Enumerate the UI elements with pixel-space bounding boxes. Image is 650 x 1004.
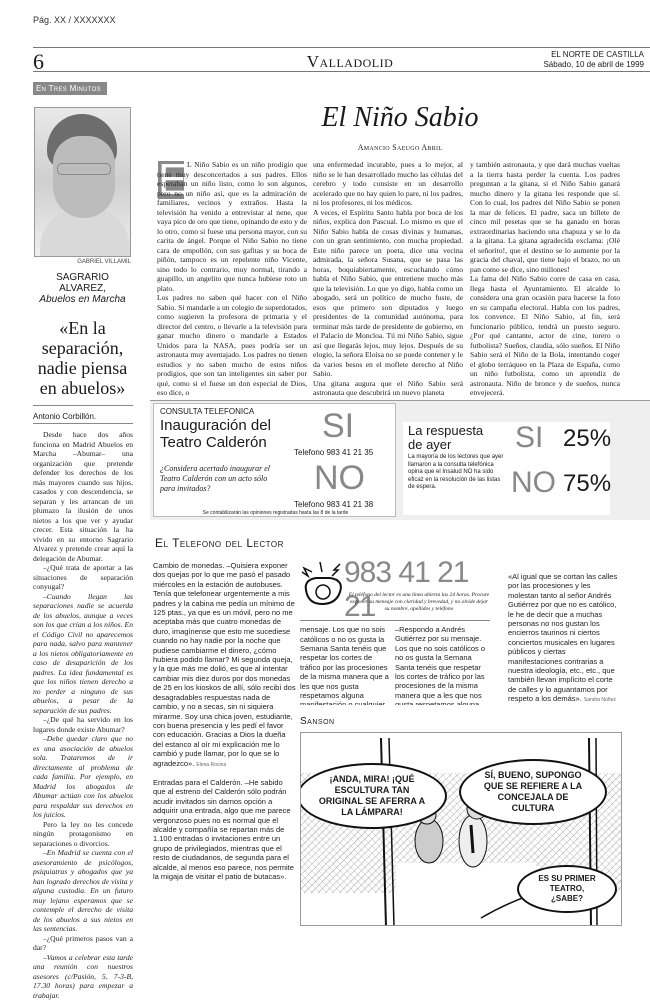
telephone-icon: [300, 560, 348, 610]
lector-column-4: «Al igual que se cortan las calles por l…: [508, 572, 620, 712]
article-column-3: y también astronauta, y que dará muchas …: [470, 160, 620, 400]
yesterday-text: La mayoría de los lectores que ayer llam…: [408, 454, 504, 492]
lector-column-2: Respeto a la Semana Santa. –Respondo a A…: [300, 625, 390, 705]
interview-answer: –Debe quedar claro que no es una asociac…: [33, 734, 133, 820]
letter-text: –Quisiera exponer dos quejas por lo que …: [153, 561, 296, 768]
section-tag: En Tres Minutos: [33, 82, 107, 95]
issue-date: Sábado, 10 de abril de 1999: [543, 60, 644, 70]
interviewee: SAGRARIO ALVAREZ, Abuelos en Marcha: [34, 272, 131, 305]
article-byline: Amancio Saeugo Abril: [150, 143, 650, 152]
letter-title: Entradas para el Calderón.: [153, 778, 243, 787]
lector-column-1: Cambio de monedas. –Quisiera exponer dos…: [153, 561, 296, 1001]
photo-credit: GABRIEL VILLAMIL: [34, 259, 131, 265]
interview-author: Antonio Corbillón.: [33, 412, 96, 421]
poll-headline: Inauguración del Teatro Calderón: [160, 417, 280, 451]
lector-column-3: –Respondo a Andrés Gutiérrez por su mens…: [395, 625, 490, 705]
section-title: Valladolid: [250, 52, 450, 72]
poll-yes-phone[interactable]: Telefono 983 41 21 35: [294, 448, 373, 457]
pull-quote: «En la separación, nadie piensa en abuel…: [30, 318, 135, 398]
letter-text: –Respondo a Andrés Gutiérrez por su mens…: [395, 625, 485, 705]
yesterday-yes-label: SI: [515, 422, 543, 454]
poll-yesterday: La respuesta de ayer La mayoría de los l…: [403, 422, 610, 515]
speech-bubble-2: SÍ, BUENO, SUPONGO QUE SE REFIERE A LA C…: [459, 759, 607, 825]
masthead-info: EL NORTE DE CASTILLA Sábado, 10 de abril…: [543, 50, 644, 70]
yesterday-no-pct: 75%: [563, 470, 611, 498]
cartoon-panel: ¡ANDA, MIRA! ¡QUÉ ESCULTURA TAN ORIGINAL…: [300, 732, 622, 926]
poll-no-label: NO: [314, 460, 365, 496]
letter-signature: Sandra Núñez: [584, 697, 616, 703]
article-column-1: L Niño Sabio es un niño prodigio que tie…: [157, 160, 307, 400]
interview-question: Pero la ley no les concede ningún protag…: [33, 820, 133, 849]
interview-answer: –Cuando llegan las separaciones nadie se…: [33, 592, 133, 716]
interview-question: –¿Qué primeros pasos van a dar?: [33, 934, 133, 953]
poll-question: ¿Considera acertado inaugurar el Teatro …: [160, 464, 270, 494]
letter-text: –He sabido que al estreno del Calderón s…: [153, 778, 294, 881]
divider: [33, 405, 133, 406]
poll-no-phone[interactable]: Telefono 983 41 21 38: [294, 500, 373, 509]
yesterday-title: La respuesta de ayer: [408, 424, 488, 452]
divider: [33, 423, 133, 424]
letter-text: «Al igual que se cortan las calles por l…: [508, 572, 617, 703]
interviewee-photo: [34, 107, 131, 257]
article-title: El Niño Sabio: [150, 102, 650, 134]
cartoon-heading: Sanson: [300, 716, 335, 727]
letter-signature: Elena Rocina: [196, 762, 226, 768]
yesterday-yes-pct: 25%: [563, 425, 611, 453]
page-reference: Pág. XX / XXXXXXX: [33, 15, 116, 25]
yesterday-no-label: NO: [511, 467, 556, 499]
header-top-rule: [33, 47, 650, 48]
letter-title: Cambio de monedas.: [153, 561, 224, 570]
letter-text: –Respondo a Andrés Gutiérrez por su mens…: [300, 625, 389, 705]
lector-phone-note: El teléfono del lector es una línea abie…: [348, 592, 490, 613]
speech-bubble-1: ¡ANDA, MIRA! ¡QUÉ ESCULTURA TAN ORIGINAL…: [300, 763, 447, 829]
poll-footnote: Se contabilizarán las opiniones registra…: [154, 510, 397, 516]
lector-phone-block: 983 41 21 21 El teléfono del lector es u…: [300, 558, 490, 618]
interview-answer: –Vamos a celebrar esta tarde una reunión…: [33, 953, 133, 1001]
interview-body: Desde hace dos años funciona en Madrid A…: [33, 430, 133, 1000]
poll-yes-label: SI: [322, 408, 354, 444]
lector-phone-number[interactable]: 983 41 21 21: [344, 556, 490, 624]
paper-name: EL NORTE DE CASTILLA: [543, 50, 644, 60]
header-bottom-rule: [33, 71, 650, 72]
interview-question: –¿Qué trata de aportar a las situaciones…: [33, 563, 133, 592]
poll-kicker: CONSULTA TELEFONICA: [160, 407, 254, 416]
interview-answer: –En Madrid se cuenta con el asesoramient…: [33, 848, 133, 934]
speech-bubble-3: ES SU PRIMER TEATRO, ¿SABE?: [517, 865, 617, 913]
interview-paragraph: Desde hace dos años funciona en Madrid A…: [33, 430, 133, 563]
interview-question: –¿De qué ha servido en los lugares donde…: [33, 715, 133, 734]
poll-today: CONSULTA TELEFONICA Inauguración del Tea…: [153, 403, 396, 517]
article-column-2: una enfermedad incurable, pues a lo mejo…: [313, 160, 463, 400]
interviewee-role: Abuelos en Marcha: [34, 294, 131, 305]
divider: [300, 620, 490, 621]
lector-heading: El Telefono del Lector: [155, 536, 284, 550]
interviewee-name: SAGRARIO ALVAREZ,: [34, 272, 131, 294]
